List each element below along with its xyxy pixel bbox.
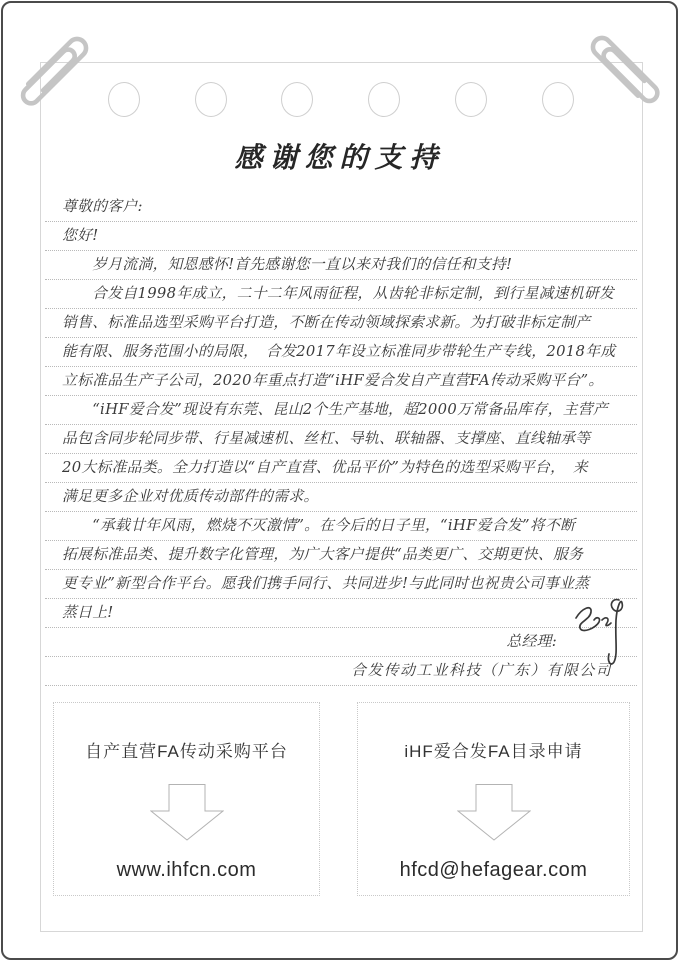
letter-line: 更专业”新型合作平台。愿我们携手同行、共同进步!与此同时也祝贵公司事业蒸 xyxy=(45,570,637,599)
letter-line: “iHF爱合发”现设有东莞、昆山2个生产基地，超2000万常备品库存，主营产 xyxy=(45,396,637,425)
letter-line: 拓展标准品类、提升数字化管理，为广大客户提供“品类更广、交期更快、服务 xyxy=(45,541,637,570)
letter-line: 尊敬的客户: xyxy=(45,193,637,222)
down-arrow-icon xyxy=(457,784,531,841)
letter-line: 蒸日上! xyxy=(45,599,637,628)
letter-line: 岁月流淌，知恩感怀!首先感谢您一直以来对我们的信任和支持! xyxy=(45,251,637,280)
letter-line: 20大标准品类。全力打造以“自产直营、优品平价”为特色的选型采购平台， 来 xyxy=(45,454,637,483)
letter-body: 尊敬的客户: 您好! 岁月流淌，知恩感怀!首先感谢您一直以来对我们的信任和支持!… xyxy=(45,193,637,686)
letter-line: “承载廿年风雨，燃烧不灭激情”。在今后的日子里，“iHF爱合发”将不断 xyxy=(45,512,637,541)
catalog-info-box: iHF爱合发FA目录申请 hfcd@hefagear.com xyxy=(357,702,630,896)
binder-hole xyxy=(108,82,140,117)
binder-hole xyxy=(368,82,400,117)
letter-line: 立标准品生产子公司，2020年重点打造“iHF爱合发自产直营FA传动采购平台”。 xyxy=(45,367,637,396)
letter-line: 您好! xyxy=(45,222,637,251)
letter-line: 品包含同步轮同步带、行星减速机、丝杠、导轨、联轴器、支撑座、直线轴承等 xyxy=(45,425,637,454)
binder-hole xyxy=(455,82,487,117)
binder-hole xyxy=(195,82,227,117)
platform-box-title: 自产直营FA传动采购平台 xyxy=(54,737,319,762)
signature-scribble-icon xyxy=(572,596,630,668)
letter-line: 合发自1998年成立，二十二年风雨征程，从齿轮非标定制，到行星减速机研发 xyxy=(45,280,637,309)
letter-line: 能有限、服务范围小的局限， 合发2017年设立标准同步带轮生产专线，2018年成 xyxy=(45,338,637,367)
catalog-email: hfcd@hefagear.com xyxy=(358,859,629,882)
letter-title: 感谢您的支持 xyxy=(0,136,679,176)
down-arrow-icon xyxy=(150,784,224,841)
website-url: www.ihfcn.com xyxy=(54,859,319,882)
binder-hole xyxy=(542,82,574,117)
signoff-role-line: 总经理: xyxy=(45,628,637,657)
letter-line: 满足更多企业对优质传动部件的需求。 xyxy=(45,483,637,512)
platform-info-box: 自产直营FA传动采购平台 www.ihfcn.com xyxy=(53,702,320,896)
role-label: 总经理: xyxy=(506,633,557,650)
binder-hole xyxy=(281,82,313,117)
catalog-box-title: iHF爱合发FA目录申请 xyxy=(358,737,629,762)
company-name-line: 合发传动工业科技（广东）有限公司 xyxy=(45,657,637,686)
letter-line: 销售、标准品选型采购平台打造，不断在传动领域探索求新。为打破非标定制产 xyxy=(45,309,637,338)
